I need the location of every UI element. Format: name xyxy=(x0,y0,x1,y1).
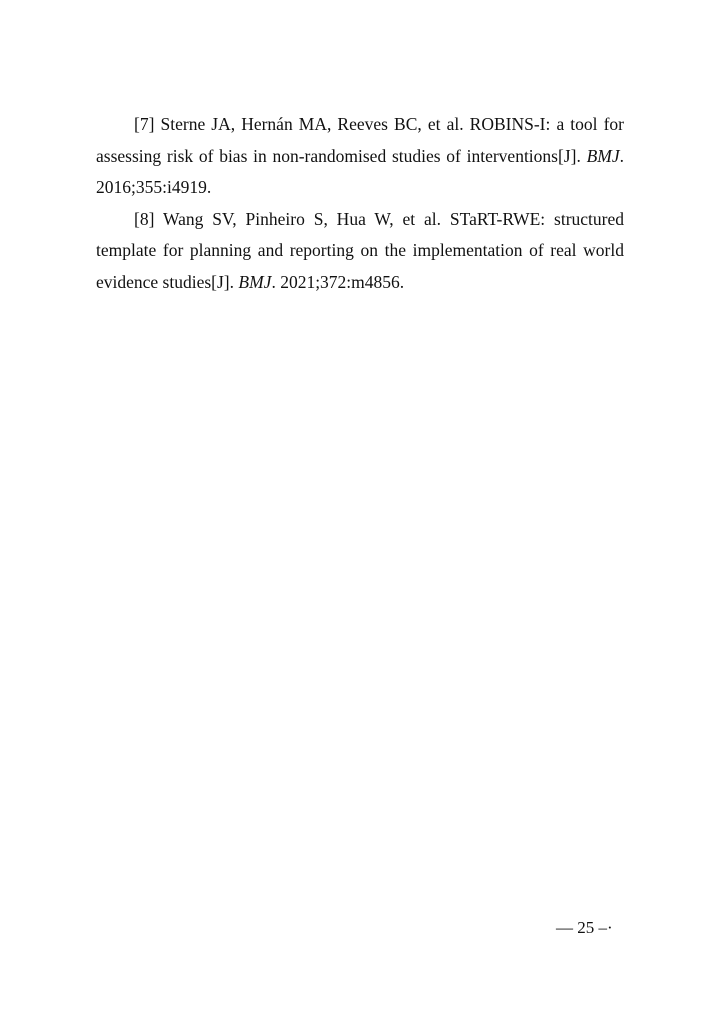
journal-name: BMJ xyxy=(238,272,271,292)
reference-citation: . 2021;372:m4856. xyxy=(271,272,404,292)
references-list: [7] Sterne JA, Hernán MA, Reeves BC, et … xyxy=(96,109,624,298)
page-number: — 25 –· xyxy=(556,918,613,938)
reference-number: [7] xyxy=(134,114,154,134)
reference-item: [8] Wang SV, Pinheiro S, Hua W, et al. S… xyxy=(96,204,624,299)
reference-number: [8] xyxy=(134,209,154,229)
journal-name: BMJ xyxy=(587,146,620,166)
reference-item: [7] Sterne JA, Hernán MA, Reeves BC, et … xyxy=(96,109,624,204)
reference-text: Sterne JA, Hernán MA, Reeves BC, et al. … xyxy=(96,114,624,166)
